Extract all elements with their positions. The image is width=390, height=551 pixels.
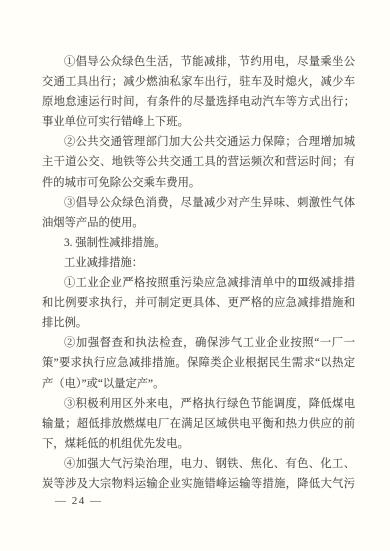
text-line: 策”要求执行应急减排措施。保障类企业根据民生需求“以热定 xyxy=(42,353,355,373)
text-line: 排比例。 xyxy=(42,313,355,333)
text-line: ④加强大气污染治理，电力、钢铁、焦化、有色、化工、煤 xyxy=(42,454,355,474)
text-line: 炭等涉及大宗物料运输企业实施错峰运输等措施，降低大气污染 xyxy=(42,474,355,494)
text-line: ②公共交通管理部门加大公共交通运力保障；合理增加城市 xyxy=(42,132,355,152)
text-line: 主干道公交、地铁等公共交通工具的营运频次和营运时间；有条 xyxy=(42,152,355,172)
document-page: ①倡导公众绿色生活，节能减排，节约用电，尽量乘坐公共交通工具出行；减少燃油私家车… xyxy=(0,0,390,551)
text-line: 事业单位可实行错峰上下班。 xyxy=(42,112,355,132)
text-line: ③积极利用区外来电，严格执行绿色节能调度，降低煤电外 xyxy=(42,394,355,414)
text-line: ①工业企业严格按照重污染应急减排清单中的Ⅲ级减排措施 xyxy=(42,273,355,293)
text-line: 交通工具出行；减少燃油私家车出行，驻车及时熄火，减少车辆 xyxy=(42,72,355,92)
text-line: 下，煤耗低的机组优先发电。 xyxy=(42,434,355,454)
text-line: ①倡导公众绿色生活，节能减排，节约用电，尽量乘坐公共 xyxy=(42,52,355,72)
text-line: 油烟等产品的使用。 xyxy=(42,213,355,233)
text-line: 产（电）”或“以量定产”。 xyxy=(42,374,355,394)
text-line: 和比例要求执行，并可制定更具体、更严格的应急减排措施和减 xyxy=(42,293,355,313)
text-line: 原地怠速运行时间，有条件的尽量选择电动汽车等方式出行；企 xyxy=(42,92,355,112)
text-line: ②加强督查和执法检查，确保涉气工业企业按照“一厂一 xyxy=(42,333,355,353)
text-line: 3. 强制性减排措施。 xyxy=(42,233,355,253)
text-line: 件的城市可免除公交乘车费用。 xyxy=(42,173,355,193)
text-line: 输量；超低排放燃煤电厂在满足区域供电平衡和热力供应的前提 xyxy=(42,414,355,434)
text-line: 工业减排措施： xyxy=(42,253,355,273)
text-line: ③倡导公众绿色消费，尽量减少对产生异味、刺激性气体及 xyxy=(42,193,355,213)
text-block: ①倡导公众绿色生活，节能减排，节约用电，尽量乘坐公共交通工具出行；减少燃油私家车… xyxy=(42,52,355,494)
page-number: — 24 — xyxy=(55,495,103,508)
